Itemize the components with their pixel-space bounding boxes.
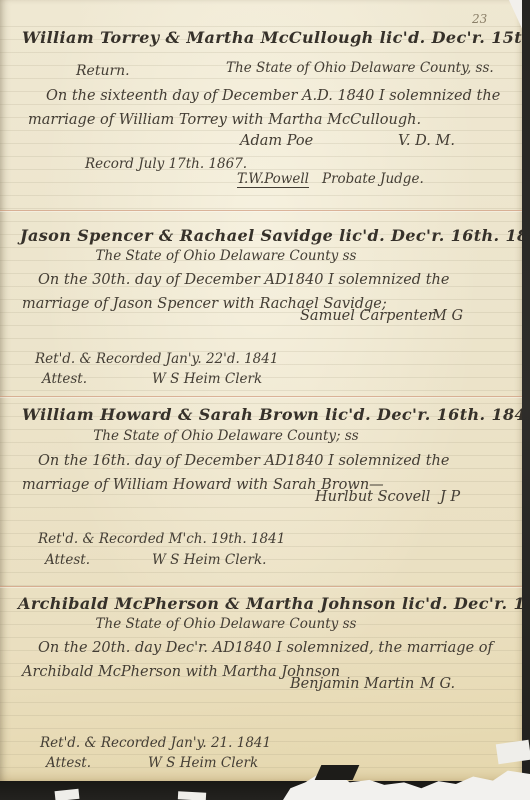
entry-2-state-line: The State of Ohio Delaware County ss — [0, 248, 522, 264]
entry-3-body: On the 16th. day of December AD1840 I so… — [22, 449, 508, 497]
entry-2-recorded-line: Ret'd. & Recorded Jan'y. 22'd. 1841 — [35, 351, 278, 367]
entry-4-heading: Archibald McPherson & Martha Johnson lic… — [18, 594, 530, 613]
entry-1-heading: William Torrey & Martha McCullough lic'd… — [22, 28, 530, 47]
paper-chip — [178, 791, 206, 800]
entry-2-attest-label: Attest. — [42, 371, 87, 387]
entry-3-heading: William Howard & Sarah Brown lic'd. Dec'… — [22, 405, 530, 424]
entry-1-return-label: Return. — [76, 63, 130, 79]
page-edge-shadow-right — [522, 0, 530, 800]
entry-3-officiant-signature: Hurlbut Scovell — [315, 489, 430, 505]
ledger-page-scan: 23 William Torrey & Martha McCullough li… — [0, 0, 530, 800]
entry-1-state-line: The State of Ohio Delaware County, ss. — [226, 60, 494, 76]
entry-3-recorded-line: Ret'd. & Recorded M'ch. 19th. 1841 — [38, 531, 285, 547]
entry-1-record-line: Record July 17th. 1867. — [85, 156, 247, 172]
entry-1-judge-signature: T.W.Powell — [237, 171, 309, 188]
entry-2-officiant-title: M G — [432, 308, 463, 324]
entry-1-judge-title: Probate Judge. — [322, 171, 424, 187]
entry-3-state-line: The State of Ohio Delaware County; ss — [0, 428, 522, 444]
tear-notch — [315, 765, 360, 780]
entry-3-officiant-title: J P — [440, 489, 460, 505]
entry-4-state-line: The State of Ohio Delaware County ss — [0, 616, 522, 632]
entry-2-officiant-signature: Samuel Carpenter — [300, 308, 435, 324]
page-number: 23 — [472, 12, 487, 26]
entry-1-officiant-signature: Adam Poe — [240, 133, 313, 149]
entry-separator — [0, 210, 522, 211]
entry-4-clerk-signature: W S Heim Clerk — [148, 755, 258, 771]
entry-3-clerk-signature: W S Heim Clerk. — [152, 552, 266, 568]
entry-1-officiant-title: V. D. M. — [398, 133, 455, 149]
entry-4-officiant-signature: Benjamin Martin — [290, 676, 414, 692]
entry-2-heading: Jason Spencer & Rachael Savidge lic'd. D… — [20, 226, 530, 245]
entry-2-clerk-signature: W S Heim Clerk — [152, 371, 262, 387]
entry-4-recorded-line: Ret'd. & Recorded Jan'y. 21. 1841 — [40, 735, 271, 751]
entry-4-attest-label: Attest. — [46, 755, 91, 771]
entry-4-officiant-title: M G. — [420, 676, 455, 692]
entry-separator — [0, 586, 522, 587]
entry-3-attest-label: Attest. — [45, 552, 90, 568]
entry-separator — [0, 396, 522, 397]
paper-chip — [55, 789, 80, 800]
entry-1-body: On the sixteenth day of December A.D. 18… — [28, 84, 506, 132]
